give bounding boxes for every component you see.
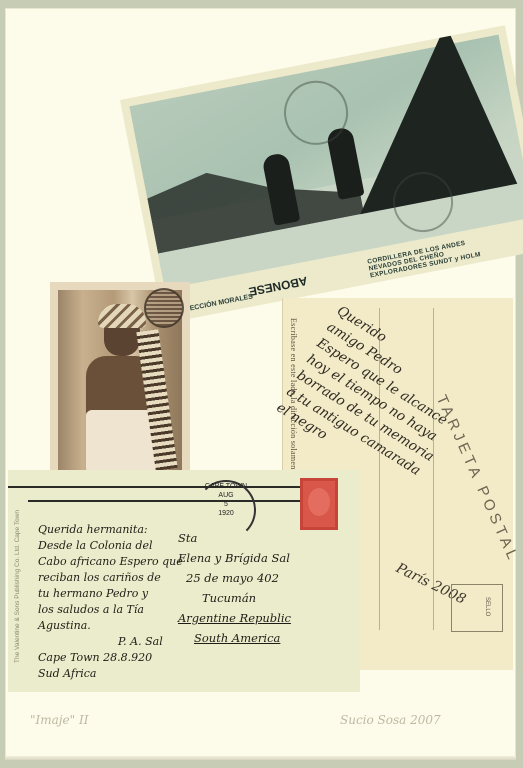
stamp-box-label: SELLO bbox=[484, 597, 490, 616]
message-line: los saludos a la Tía bbox=[38, 602, 183, 618]
stamp-box: SELLO bbox=[451, 584, 503, 632]
recipient-address: Sta Elena y Brígida Sal 25 de mayo 402 T… bbox=[178, 528, 291, 648]
address-line: Elena y Brígida Sal bbox=[178, 548, 291, 568]
address-line: South America bbox=[178, 628, 291, 648]
message-line: Desde la Colonia del bbox=[38, 538, 183, 554]
address-line: Argentine Republic bbox=[178, 608, 291, 628]
message-line: tu hermano Pedro y bbox=[38, 586, 183, 602]
cancel-line bbox=[28, 500, 308, 502]
cancel-line bbox=[8, 486, 308, 488]
message-line: Cabo africano Espero que bbox=[38, 554, 183, 570]
message-line: Agustina. bbox=[38, 618, 183, 634]
postmark-day: 5 bbox=[198, 500, 254, 509]
publisher-credit: The Valentine & Sons Publishing Co. Ltd.… bbox=[14, 510, 21, 663]
message-signature: P. A. Sal bbox=[38, 634, 183, 650]
artist-signature: Sucio Sosa 2007 bbox=[340, 713, 441, 727]
postmark-year: 1920 bbox=[198, 509, 254, 518]
handwritten-message: Querida hermanita: Desde la Colonia del … bbox=[38, 522, 183, 682]
message-line: Querida hermanita: bbox=[38, 522, 183, 538]
message-country: Sud Africa bbox=[38, 666, 183, 682]
red-postage-stamp-icon bbox=[300, 478, 338, 530]
message-line: reciban los cariños de bbox=[38, 570, 183, 586]
postmark-town: CAPE TOWN bbox=[198, 482, 254, 491]
message-place-date: Cape Town 28.8.920 bbox=[38, 650, 183, 666]
turban-shape bbox=[98, 304, 146, 328]
address-line: Sta bbox=[178, 528, 291, 548]
postmark-stamp-icon bbox=[144, 288, 184, 328]
stamp-fragment: ABONESE bbox=[248, 274, 309, 299]
address-line: 25 de mayo 402 bbox=[178, 568, 291, 588]
address-line: Tucumán bbox=[178, 588, 291, 608]
postmark-month: AUG bbox=[198, 491, 254, 500]
artwork-title: "Imaje" II bbox=[30, 713, 88, 727]
portrait-postcard bbox=[50, 282, 190, 480]
